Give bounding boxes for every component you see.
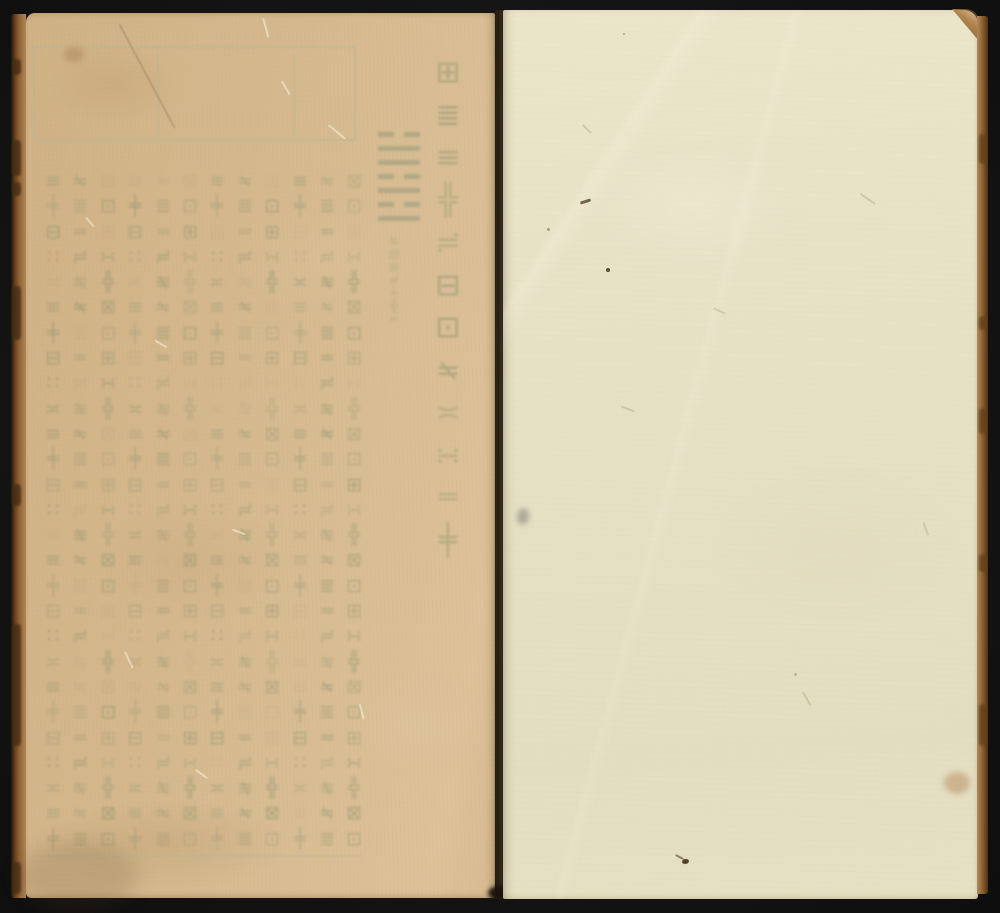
showthrough-column: ≠≣═≒≢≠≣═≒≢≠≣═≒≢≠≣═≒≢≠≣═≒≢≠≣ <box>69 172 91 856</box>
hexagram-line <box>378 132 420 137</box>
paper-fiber <box>621 406 635 412</box>
showthrough-column: ⊠⊡⊞∺╬⊠⊡⊞∺╬⊠⊡⊞∺╬⊠⊡⊞∺╬⊠⊡⊞∺╬⊠⊡ <box>343 172 365 856</box>
showthrough-column: ≡╪⊟∷≍≡╪⊟∷≍≡╪⊟∷≍≡╪⊟∷≍≡╪⊟∷≍≡╪ <box>124 172 146 856</box>
showthrough-column: ≠≣═≒≢≠≣═≒≢≠≣═≒≢≠≣═≒≢≠≣═≒≢≠≣ <box>152 172 174 856</box>
left-page: ≡╪⊟∷≍≡╪⊟∷≍≡╪⊟∷≍≡╪⊟∷≍≡╪⊟∷≍≡╪≠≣═≒≢≠≣═≒≢≠≣═… <box>26 13 495 898</box>
frame-divider <box>157 54 159 137</box>
paper-fiber <box>263 18 270 38</box>
paper-crease <box>118 23 175 128</box>
edge-wear-mark <box>12 624 21 746</box>
edge-wear-mark <box>12 862 21 894</box>
stain <box>516 507 530 526</box>
edge-wear-mark <box>12 484 21 506</box>
hexagram-line <box>378 202 420 207</box>
paper-fiber <box>860 193 876 205</box>
frame-divider <box>293 54 295 137</box>
ink-speck <box>547 228 550 231</box>
showthrough-column: ≡╪⊟∷≍≡╪⊟∷≍≡╪⊟∷≍≡╪⊟∷≍≡╪⊟∷≍≡╪ <box>42 172 64 856</box>
paper-fiber <box>195 769 208 779</box>
showthrough-column: ⊠⊡⊞∺╬⊠⊡⊞∺╬⊠⊡⊞∺╬⊠⊡⊞∺╬⊠⊡⊞∺╬⊠⊡ <box>97 172 119 856</box>
left-page-edges <box>11 14 26 898</box>
edge-wear-mark <box>979 408 986 434</box>
paper-fiber <box>359 704 365 720</box>
right-page-edge <box>977 16 988 894</box>
hexagram-line <box>378 146 420 151</box>
showthrough-column: ≠≣═≒≢≠≣═≒≢≠≣═≒≢≠≣═≒≢≠≣═≒≢≠≣ <box>316 172 338 856</box>
paper-fiber <box>155 340 168 348</box>
corner-shading <box>18 841 138 911</box>
showthrough-column: ⊠⊡⊞∺╬⊠⊡⊞∺╬⊠⊡⊞∺╬⊠⊡⊞∺╬⊠⊡⊞∺╬⊠⊡ <box>179 172 201 856</box>
paper-fiber <box>582 124 592 134</box>
right-page <box>503 10 978 899</box>
stain <box>944 772 970 794</box>
paper-fiber <box>923 522 929 536</box>
frame-showthrough <box>33 46 356 141</box>
edge-wear-mark <box>12 286 21 340</box>
hexagram-showthrough <box>378 132 420 230</box>
edge-wear-mark <box>12 182 21 196</box>
showthrough-column: ≠≣═≒≢≠≣═≒≢≠≣═≒≢≠≣═≒≢≠≣═≒≢≠≣ <box>234 172 256 856</box>
edge-wear-mark <box>979 134 986 164</box>
book-scan: ≡╪⊟∷≍≡╪⊟∷≍≡╪⊟∷≍≡╪⊟∷≍≡╪⊟∷≍≡╪≠≣═≒≢≠≣═≒≢≠≣═… <box>0 0 1000 913</box>
ink-speck <box>682 858 690 864</box>
ink-speck <box>623 33 625 35</box>
hexagram-line <box>378 216 420 221</box>
showthrough-small-column: ≢⊟⊠≒╪╬═ <box>386 235 402 327</box>
hexagram-line <box>378 188 420 193</box>
title-column: ⊞≣≡╬≒⊟⊡≠≍∺═╪ <box>425 58 471 568</box>
edge-wear-mark <box>979 316 986 330</box>
hexagram-line <box>378 160 420 165</box>
paper-stain <box>64 47 84 62</box>
edge-wear-mark <box>12 59 21 75</box>
ink-speck <box>580 198 591 204</box>
frame-bottom-rule-showthrough <box>38 855 362 857</box>
paper-fiber <box>328 124 346 139</box>
paper-fiber <box>86 217 95 227</box>
paper-fiber <box>802 691 811 706</box>
paper-fiber <box>125 651 134 668</box>
showthrough-column: ≡╪⊟∷≍≡╪⊟∷≍≡╪⊟∷≍≡╪⊟∷≍≡╪⊟∷≍≡╪ <box>289 172 311 856</box>
hexagram-line <box>378 174 420 179</box>
showthrough-column: ⊠⊡⊞∺╬⊠⊡⊞∺╬⊠⊡⊞∺╬⊠⊡⊞∺╬⊠⊡⊞∺╬⊠⊡ <box>261 172 283 856</box>
showthrough-column: ≡╪⊟∷≍≡╪⊟∷≍≡╪⊟∷≍≡╪⊟∷≍≡╪⊟∷≍≡╪ <box>206 172 228 856</box>
ink-speck <box>675 854 684 860</box>
edge-wear-mark <box>979 554 986 572</box>
edge-wear-mark <box>979 704 986 746</box>
folded-corner <box>952 9 979 41</box>
edge-wear-mark <box>12 140 21 176</box>
book-gutter <box>494 10 503 899</box>
ink-speck <box>606 268 610 272</box>
ink-speck <box>794 673 797 676</box>
paper-fiber <box>232 529 246 535</box>
paper-fiber <box>281 80 290 95</box>
paper-fiber <box>713 307 725 314</box>
